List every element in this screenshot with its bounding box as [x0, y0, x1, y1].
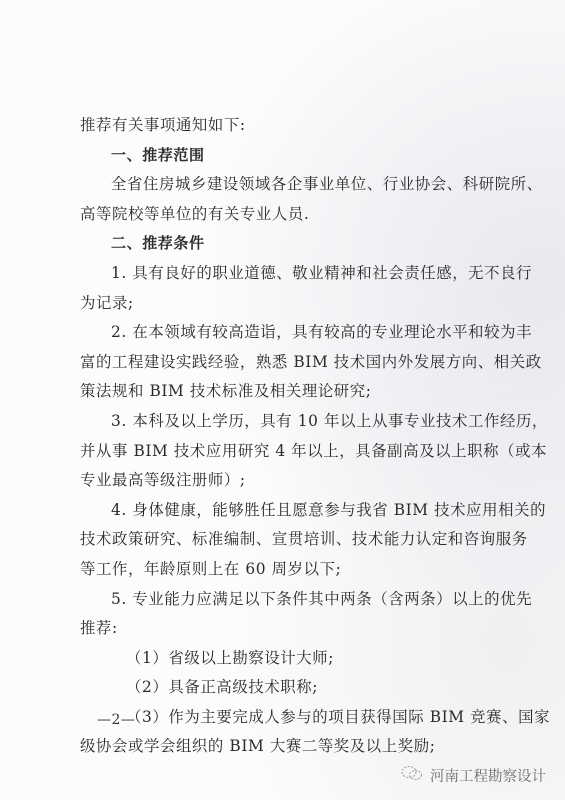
condition-2-line-3: 策法规和 BIM 技术标准及相关理论研究;: [80, 377, 498, 407]
document-body: 推荐有关事项通知如下: 一、推荐范围 全省住房城乡建设领域各企事业单位、行业协会…: [80, 111, 498, 762]
section-heading-conditions: 二、推荐条件: [80, 229, 498, 259]
condition-4-line-2: 技术政策研究、标准编制、宣贯培训、技术能力认定和咨询服务: [80, 525, 498, 555]
condition-4-line-1: 4. 身体健康，能够胜任且愿意参与我省 BIM 技术应用相关的: [80, 496, 498, 526]
condition-5-line-1: 5. 专业能力应满足以下条件其中两条（含两条）以上的优先: [80, 585, 498, 615]
scope-text-line-2: 高等院校等单位的有关专业人员.: [80, 200, 498, 230]
watermark-text: 河南工程勘察设计: [430, 765, 546, 786]
wechat-icon: [400, 764, 424, 786]
page-number: —2—: [97, 712, 135, 728]
condition-3-line-2: 并从事 BIM 技术应用研究 4 年以上，具备副高及以上职称（或本: [80, 437, 498, 467]
condition-2-line-2: 富的工程建设实践经验，熟悉 BIM 技术国内外发展方向、相关政: [80, 348, 498, 378]
watermark: 河南工程勘察设计: [400, 764, 546, 786]
condition-1-line-2: 为记录;: [80, 289, 498, 319]
scanned-page: 推荐有关事项通知如下: 一、推荐范围 全省住房城乡建设领域各企事业单位、行业协会…: [0, 0, 565, 800]
condition-3-line-3: 专业最高等级注册师）;: [80, 466, 498, 496]
sub-condition-3-line-1: （3）作为主要完成人参与的项目获得国际 BIM 竞赛、国家: [80, 703, 498, 733]
intro-line: 推荐有关事项通知如下:: [80, 111, 498, 141]
condition-4-line-3: 等工作，年龄原则上在 60 周岁以下;: [80, 555, 498, 585]
section-heading-scope: 一、推荐范围: [80, 141, 498, 171]
condition-1-line-1: 1. 具有良好的职业道德、敬业精神和社会责任感，无不良行: [80, 259, 498, 289]
sub-condition-1: （1）省级以上勘察设计大师;: [80, 644, 498, 674]
condition-2-line-1: 2. 在本领域有较高造诣，具有较高的专业理论水平和较为丰: [80, 318, 498, 348]
condition-5-line-2: 推荐:: [80, 614, 498, 644]
scope-text-line-1: 全省住房城乡建设领域各企事业单位、行业协会、科研院所、: [80, 170, 498, 200]
sub-condition-3-line-2: 级协会或学会组织的 BIM 大赛二等奖及以上奖励;: [80, 732, 498, 762]
condition-3-line-1: 3. 本科及以上学历，具有 10 年以上从事专业技术工作经历，: [80, 407, 498, 437]
sub-condition-2: （2）具备正高级技术职称;: [80, 673, 498, 703]
